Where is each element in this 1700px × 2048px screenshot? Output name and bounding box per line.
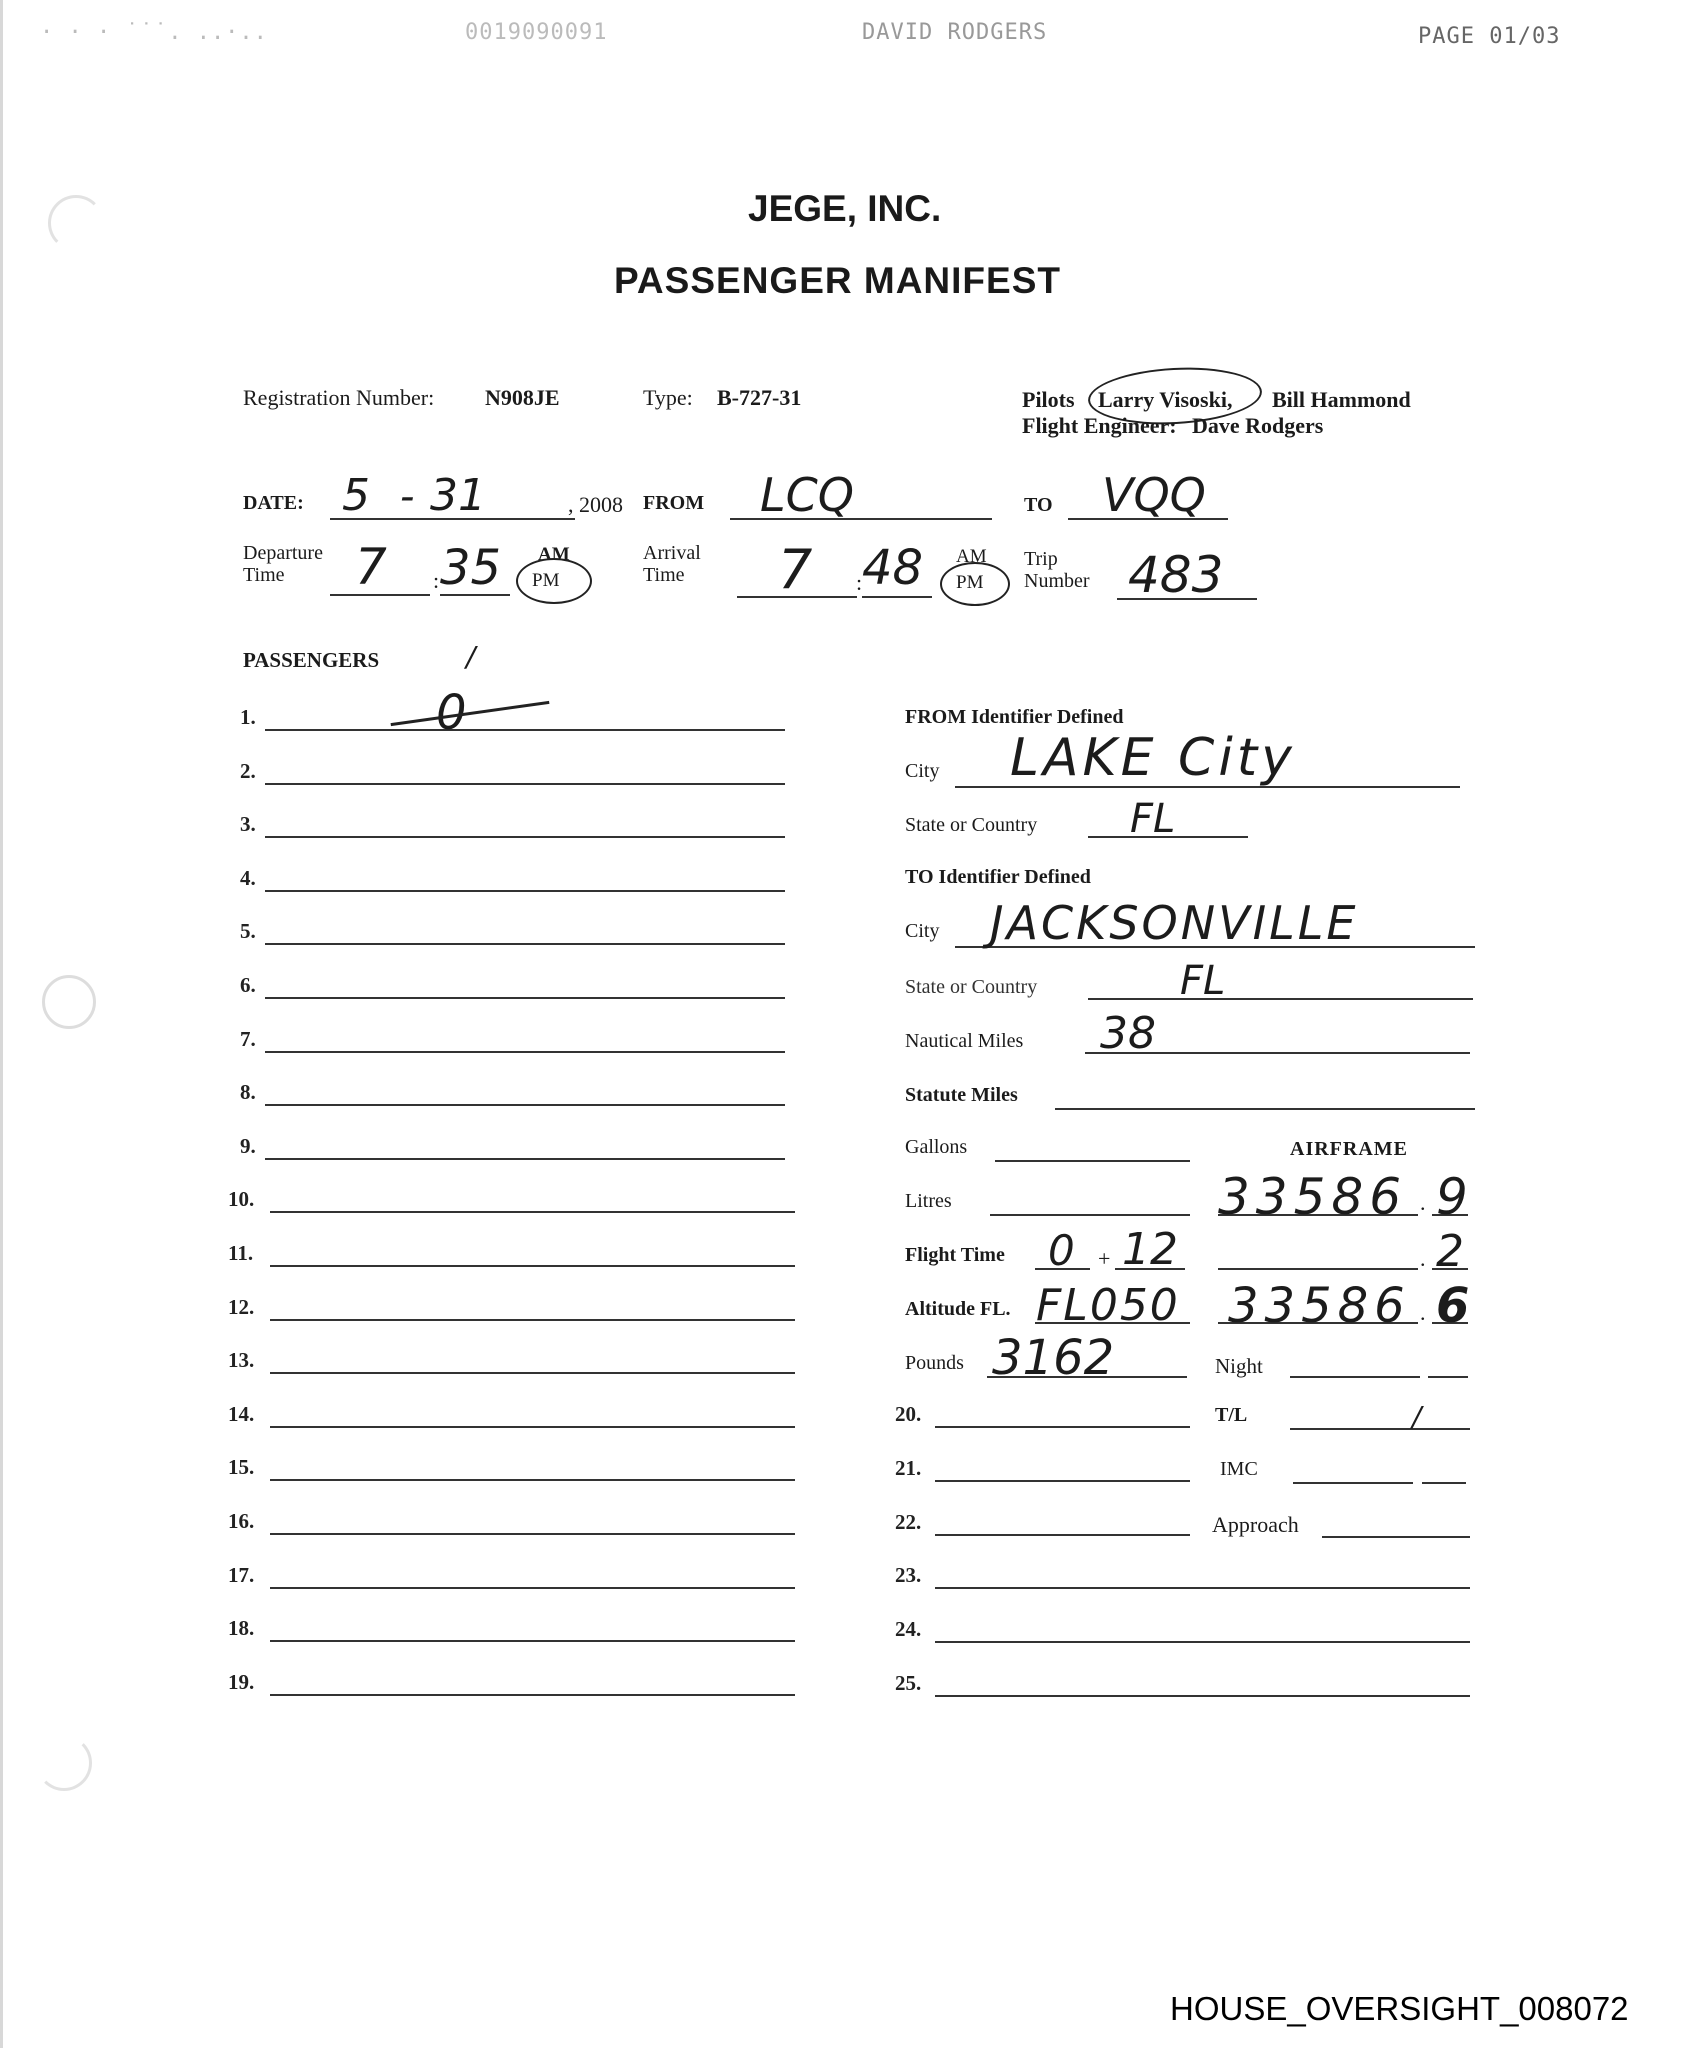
passenger-row-number: 18. [228, 1616, 254, 1641]
trip-number-value[interactable]: 483 [1128, 546, 1223, 604]
departure-pm-circle [516, 558, 592, 604]
passenger-row-number: 5. [240, 919, 256, 944]
passenger-row-number: 15. [228, 1455, 254, 1480]
passenger-row-number: 10. [228, 1187, 254, 1212]
date-month[interactable]: 5 [342, 470, 370, 521]
passenger-row-number: 12. [228, 1295, 254, 1320]
passenger-row-field[interactable] [270, 1694, 795, 1696]
passenger-row-number: 4. [240, 866, 256, 891]
flight-time-hours[interactable]: 0 [1048, 1226, 1075, 1275]
passenger-row-field[interactable] [265, 1104, 785, 1106]
arrival-label-line1: Arrival [643, 542, 701, 564]
company-name: JEGE, INC. [748, 188, 941, 230]
passenger-row-field[interactable] [935, 1534, 1190, 1536]
passenger-row-field[interactable] [265, 1051, 785, 1053]
binder-hole-middle [42, 975, 96, 1029]
pounds-value[interactable]: 3162 [992, 1330, 1114, 1386]
date-label: DATE: [243, 492, 304, 515]
registration-label: Registration Number: [243, 385, 434, 411]
fax-page: PAGE 01/03 [1418, 24, 1560, 49]
passenger-row-field[interactable] [270, 1640, 795, 1642]
passenger-row-number: 11. [228, 1241, 253, 1266]
passenger-row-field[interactable] [265, 836, 785, 838]
departure-label-line2: Time [243, 564, 323, 586]
to-city-value[interactable]: JACKSONVILLE [990, 896, 1359, 950]
passenger-row-field[interactable] [270, 1587, 795, 1589]
trip-label-line2: Number [1024, 570, 1090, 592]
arrival-pm-circle [940, 562, 1010, 606]
fax-number: 0019090091 [465, 20, 607, 45]
date-sep: - [400, 474, 414, 520]
departure-minutes[interactable]: 35 [440, 540, 501, 596]
departure-label-line1: Departure [243, 542, 323, 564]
departure-hour[interactable]: 7 [355, 538, 387, 596]
to-state-label: State or Country [905, 976, 1037, 999]
passengers-tick: / [466, 640, 475, 673]
passenger-row-field[interactable] [265, 729, 785, 731]
type-label: Type: [643, 385, 693, 411]
engineer-value: Dave Rodgers [1192, 413, 1323, 439]
passenger-1-strike [391, 701, 550, 726]
altitude-value[interactable]: FL050 [1036, 1280, 1180, 1331]
pounds-label: Pounds [905, 1352, 964, 1375]
passenger-row-field[interactable] [935, 1480, 1190, 1482]
airframe-start-tenth[interactable]: 6 [1436, 1278, 1469, 1334]
passenger-row-field[interactable] [935, 1587, 1470, 1589]
departure-label: Departure Time [243, 542, 323, 586]
binder-hole-bottom [36, 1735, 92, 1791]
passenger-row-field[interactable] [935, 1695, 1470, 1697]
fax-sender: DAVID RODGERS [862, 20, 1047, 45]
passenger-row-field[interactable] [270, 1426, 795, 1428]
passenger-row-field[interactable] [265, 783, 785, 785]
passenger-row-number: 9. [240, 1134, 256, 1159]
passenger-row-number: 8. [240, 1080, 256, 1105]
passenger-row-number: 2. [240, 759, 256, 784]
nautical-miles-value[interactable]: 38 [1100, 1008, 1156, 1059]
passenger-row-number: 21. [895, 1456, 921, 1481]
trip-label-line1: Trip [1024, 548, 1090, 570]
passenger-row-number: 22. [895, 1510, 921, 1535]
nautical-miles-label: Nautical Miles [905, 1030, 1023, 1053]
passenger-row-number: 6. [240, 973, 256, 998]
from-label: FROM [643, 492, 704, 515]
fax-marks: · · · ˙˙˙. ..·.. [40, 20, 268, 45]
altitude-label: Altitude FL. [905, 1298, 1011, 1321]
date-year: , 2008 [568, 492, 623, 518]
passenger-row-field[interactable] [270, 1265, 795, 1267]
imc-label: IMC [1220, 1458, 1258, 1481]
night-label: Night [1215, 1354, 1263, 1379]
passengers-heading: PASSENGERS [243, 648, 379, 673]
passenger-row-field[interactable] [270, 1211, 795, 1213]
airframe-heading: AIRFRAME [1290, 1138, 1408, 1161]
flight-time-sep: + [1098, 1246, 1110, 1272]
type-value: B-727-31 [717, 385, 801, 411]
passenger-row-field[interactable] [265, 890, 785, 892]
airframe-start-dot: . [1420, 1300, 1426, 1326]
to-state-value[interactable]: FL [1180, 958, 1225, 1004]
document-title: PASSENGER MANIFEST [614, 260, 1061, 302]
passenger-row-field[interactable] [270, 1372, 795, 1374]
passenger-row-number: 13. [228, 1348, 254, 1373]
binder-hole-top [48, 195, 104, 251]
passenger-row-number: 23. [895, 1563, 921, 1588]
airframe-added-dot: . [1420, 1246, 1426, 1272]
approach-label: Approach [1212, 1512, 1299, 1538]
flight-time-label: Flight Time [905, 1244, 1005, 1267]
airframe-start-whole[interactable]: 33586 [1228, 1278, 1411, 1334]
to-label: TO [1024, 494, 1053, 517]
pilot-second: Bill Hammond [1272, 387, 1411, 413]
to-value[interactable]: VQQ [1102, 468, 1206, 522]
passenger-row-number: 16. [228, 1509, 254, 1534]
passenger-row-number: 17. [228, 1563, 254, 1588]
passenger-row-number: 14. [228, 1402, 254, 1427]
passenger-row-field[interactable] [935, 1641, 1470, 1643]
gallons-label: Gallons [905, 1136, 967, 1159]
registration-value: N908JE [485, 385, 560, 411]
passenger-row-number: 25. [895, 1671, 921, 1696]
flight-time-minutes[interactable]: 12 [1122, 1224, 1178, 1275]
passenger-row-field[interactable] [270, 1479, 795, 1481]
arrival-label: Arrival Time [643, 542, 701, 586]
departure-colon: : [433, 568, 439, 594]
passenger-row-number: 19. [228, 1670, 254, 1695]
airframe-end-tenth[interactable]: 9 [1436, 1168, 1468, 1226]
passenger-row-number: 24. [895, 1617, 921, 1642]
bates-number: HOUSE_OVERSIGHT_008072 [1170, 1990, 1629, 2028]
pilots-label: Pilots [1022, 387, 1075, 413]
passenger-row-field[interactable] [265, 1158, 785, 1160]
arrival-minutes[interactable]: 48 [862, 540, 923, 596]
arrival-label-line2: Time [643, 564, 701, 586]
passenger-row-number: 7. [240, 1027, 256, 1052]
tl-value[interactable]: / [1412, 1400, 1421, 1433]
scan-edge [0, 0, 3, 2048]
from-value[interactable]: LCQ [760, 468, 854, 522]
statute-miles-label: Statute Miles [905, 1084, 1018, 1107]
date-day[interactable]: 31 [430, 470, 486, 521]
passenger-row-field[interactable] [270, 1533, 795, 1535]
passenger-row-field[interactable] [265, 943, 785, 945]
passenger-row-number: 1. [240, 705, 256, 730]
passenger-row-field[interactable] [935, 1426, 1190, 1428]
engineer-label: Flight Engineer: [1022, 413, 1177, 439]
airframe-added-tenth[interactable]: 2 [1436, 1226, 1464, 1277]
from-state-value[interactable]: FL [1130, 796, 1175, 842]
passenger-row-number: 20. [895, 1402, 921, 1427]
from-identifier-heading: FROM Identifier Defined [905, 706, 1124, 729]
litres-label: Litres [905, 1190, 952, 1213]
tl-label: T/L [1215, 1404, 1247, 1427]
passenger-row-field[interactable] [270, 1319, 795, 1321]
airframe-end-whole[interactable]: 33586 [1218, 1168, 1407, 1226]
trip-number-label: Trip Number [1024, 548, 1090, 592]
passenger-row-number: 3. [240, 812, 256, 837]
passenger-row-field[interactable] [265, 997, 785, 999]
airframe-end-dot: . [1420, 1190, 1426, 1216]
arrival-hour[interactable]: 7 [778, 538, 812, 601]
to-identifier-heading: TO Identifier Defined [905, 866, 1091, 889]
from-city-label: City [905, 760, 939, 783]
to-city-label: City [905, 920, 939, 943]
from-state-label: State or Country [905, 814, 1037, 837]
from-city-value[interactable]: LAKE City [1010, 728, 1296, 788]
